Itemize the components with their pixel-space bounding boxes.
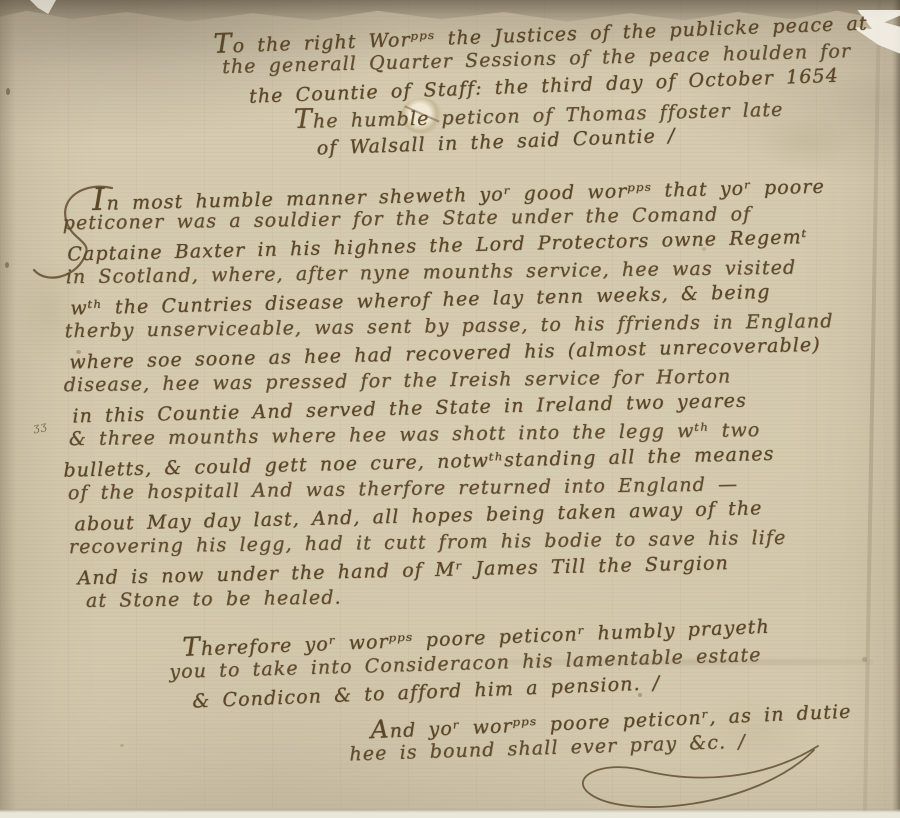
foxing-spot bbox=[120, 744, 124, 747]
manuscript-page: To the right Worᵖᵖˢ the Justices of the … bbox=[0, 0, 900, 818]
scan-bottom-edge bbox=[0, 809, 900, 818]
petition-heading: To the right Worᵖᵖˢ the Justices of the … bbox=[195, 8, 899, 165]
foxing-spot bbox=[862, 657, 867, 662]
edge-speck bbox=[5, 262, 9, 268]
edge-speck bbox=[6, 88, 10, 95]
left-edge-shadow bbox=[0, 0, 16, 818]
prayer-clause: Therefore yoʳ worᵖᵖˢ poore peticonʳ humb… bbox=[168, 612, 790, 715]
petition-body: In most humble manner sheweth yoʳ good w… bbox=[52, 170, 900, 618]
marginal-mark: ʒʒ bbox=[32, 419, 48, 434]
